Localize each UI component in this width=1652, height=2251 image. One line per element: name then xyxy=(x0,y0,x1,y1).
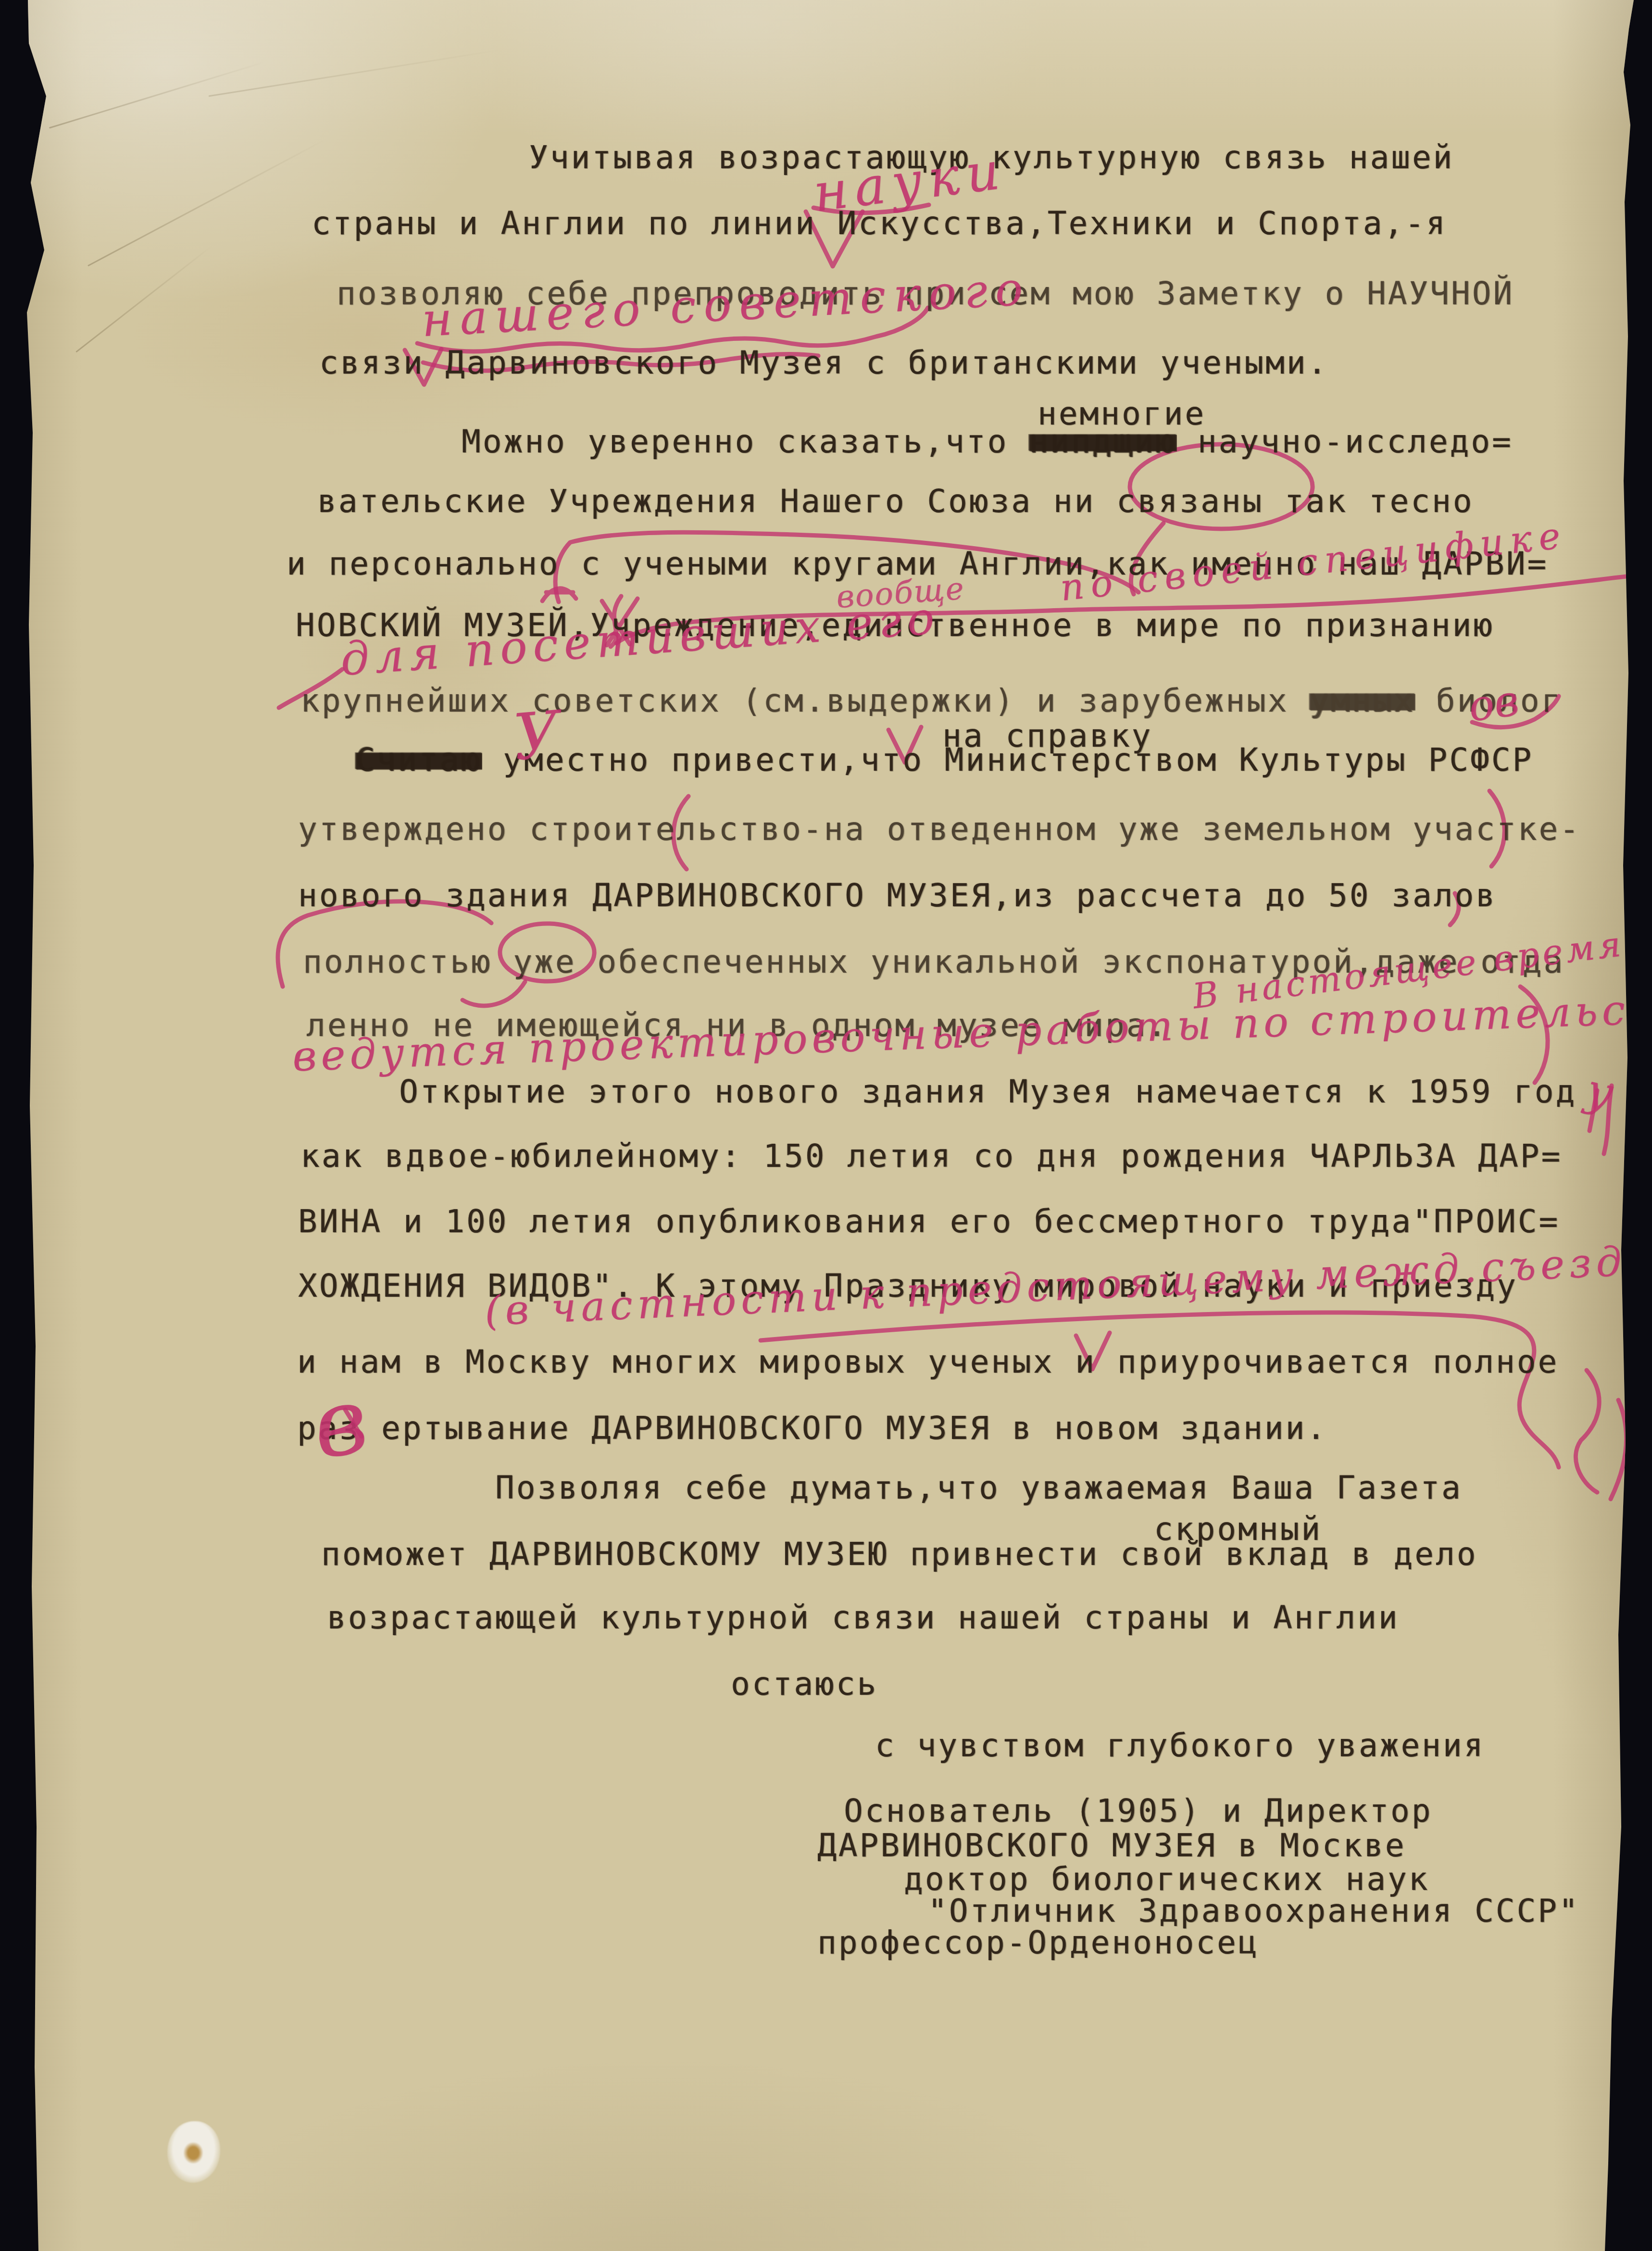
handwritten-annotation: по своей специфике xyxy=(1058,513,1569,609)
signature-line: "Отличник Здравоохранения СССР" xyxy=(928,1895,1580,1927)
paper-crease xyxy=(209,49,503,97)
typed-line: как вдвое-юбилейному: 150 летия со дня р… xyxy=(300,1140,1562,1172)
handwritten-capital-letter: У xyxy=(511,697,563,775)
typed-line-with-strikeout: Можно уверенно сказать,что нипдщию научн… xyxy=(462,426,1513,458)
handwritten-letter-insert: в xyxy=(306,1367,374,1479)
typed-line-with-strikeout: крупнейших советских (см.выдержки) и зар… xyxy=(300,685,1562,717)
signature-line: ДАРВИНОВСКОГО МУЗЕЯ в Москве xyxy=(817,1830,1406,1862)
signature-line: Основатель (1905) и Директор xyxy=(844,1795,1433,1827)
typed-segment: крупнейших советских (см.выдержки) и зар… xyxy=(300,682,1310,719)
typed-line: Позволяя себе думать,что уважаемая Ваша … xyxy=(495,1472,1463,1504)
signature-line: профессор-Орденоносец xyxy=(817,1927,1259,1959)
handwritten-word-ending: ов xyxy=(1465,675,1522,731)
typed-line: вательские Учреждения Нашего Союза ни св… xyxy=(317,486,1474,517)
typed-line: раз ертывание ДАРВИНОВСКОГО МУЗЕЯ в ново… xyxy=(297,1413,1327,1444)
struck-out-word: умных xyxy=(1310,682,1415,719)
paper-sheet: Учитывая возрастающую культурную связь н… xyxy=(0,0,1652,2251)
signature-line: доктор биологических наук xyxy=(904,1863,1429,1895)
paper-crease xyxy=(88,139,326,267)
struck-out-word: нипдщию xyxy=(1029,423,1176,460)
typed-segment: уместно привести,что Министерством Культ… xyxy=(482,741,1533,778)
typed-line: утверждено строительство-на отведенном у… xyxy=(298,813,1581,845)
red-insert-mark xyxy=(542,588,576,601)
paper-damage-speck xyxy=(184,2142,203,2163)
red-oval-tail xyxy=(463,982,525,1006)
typed-line: остаюсь xyxy=(731,1668,878,1700)
handwritten-annotation: ведутся проектировочные работы по строит… xyxy=(292,975,1652,1081)
typed-line: Открытие этого нового здания Музея намеч… xyxy=(399,1076,1577,1108)
typed-line: нового здания ДАРВИНОВСКОГО МУЗЕЯ,из рас… xyxy=(298,880,1497,912)
scanned-letter-photo: { "scene": { "background_color": "#0a0a1… xyxy=(0,0,1652,2251)
typed-line: поможет ДАРВИНОВСКОМУ МУЗЕЮ привнести св… xyxy=(321,1538,1477,1570)
handwritten-annotation: нашего советского xyxy=(420,262,1032,347)
typed-line: возрастающей культурной связи нашей стра… xyxy=(327,1602,1400,1634)
struck-out-word: Считаю xyxy=(356,741,482,778)
typed-segment: Можно уверенно сказать,что xyxy=(462,423,1029,460)
red-margin-curl xyxy=(1576,1370,1599,1492)
closing-line: с чувством глубокого уважения xyxy=(875,1730,1485,1762)
typed-segment: научно-исследо= xyxy=(1176,423,1513,460)
paper-damage-spot xyxy=(167,2121,220,2183)
typed-line: связи Дарвиновского Музея с британскими … xyxy=(319,347,1328,379)
paper-crease xyxy=(49,61,265,128)
typed-line: ВИНА и 100 летия опубликования его бессм… xyxy=(298,1206,1560,1238)
red-margin-curl xyxy=(1611,1400,1627,1499)
handwritten-annotation: для посетивших его xyxy=(338,592,941,686)
handwritten-letter-insert: у xyxy=(1582,1063,1617,1119)
handwritten-annotation: (в частности к предстоящему межд.съезду … xyxy=(484,1232,1652,1335)
typed-line: и нам в Москву многих мировых ученых и п… xyxy=(297,1346,1559,1378)
